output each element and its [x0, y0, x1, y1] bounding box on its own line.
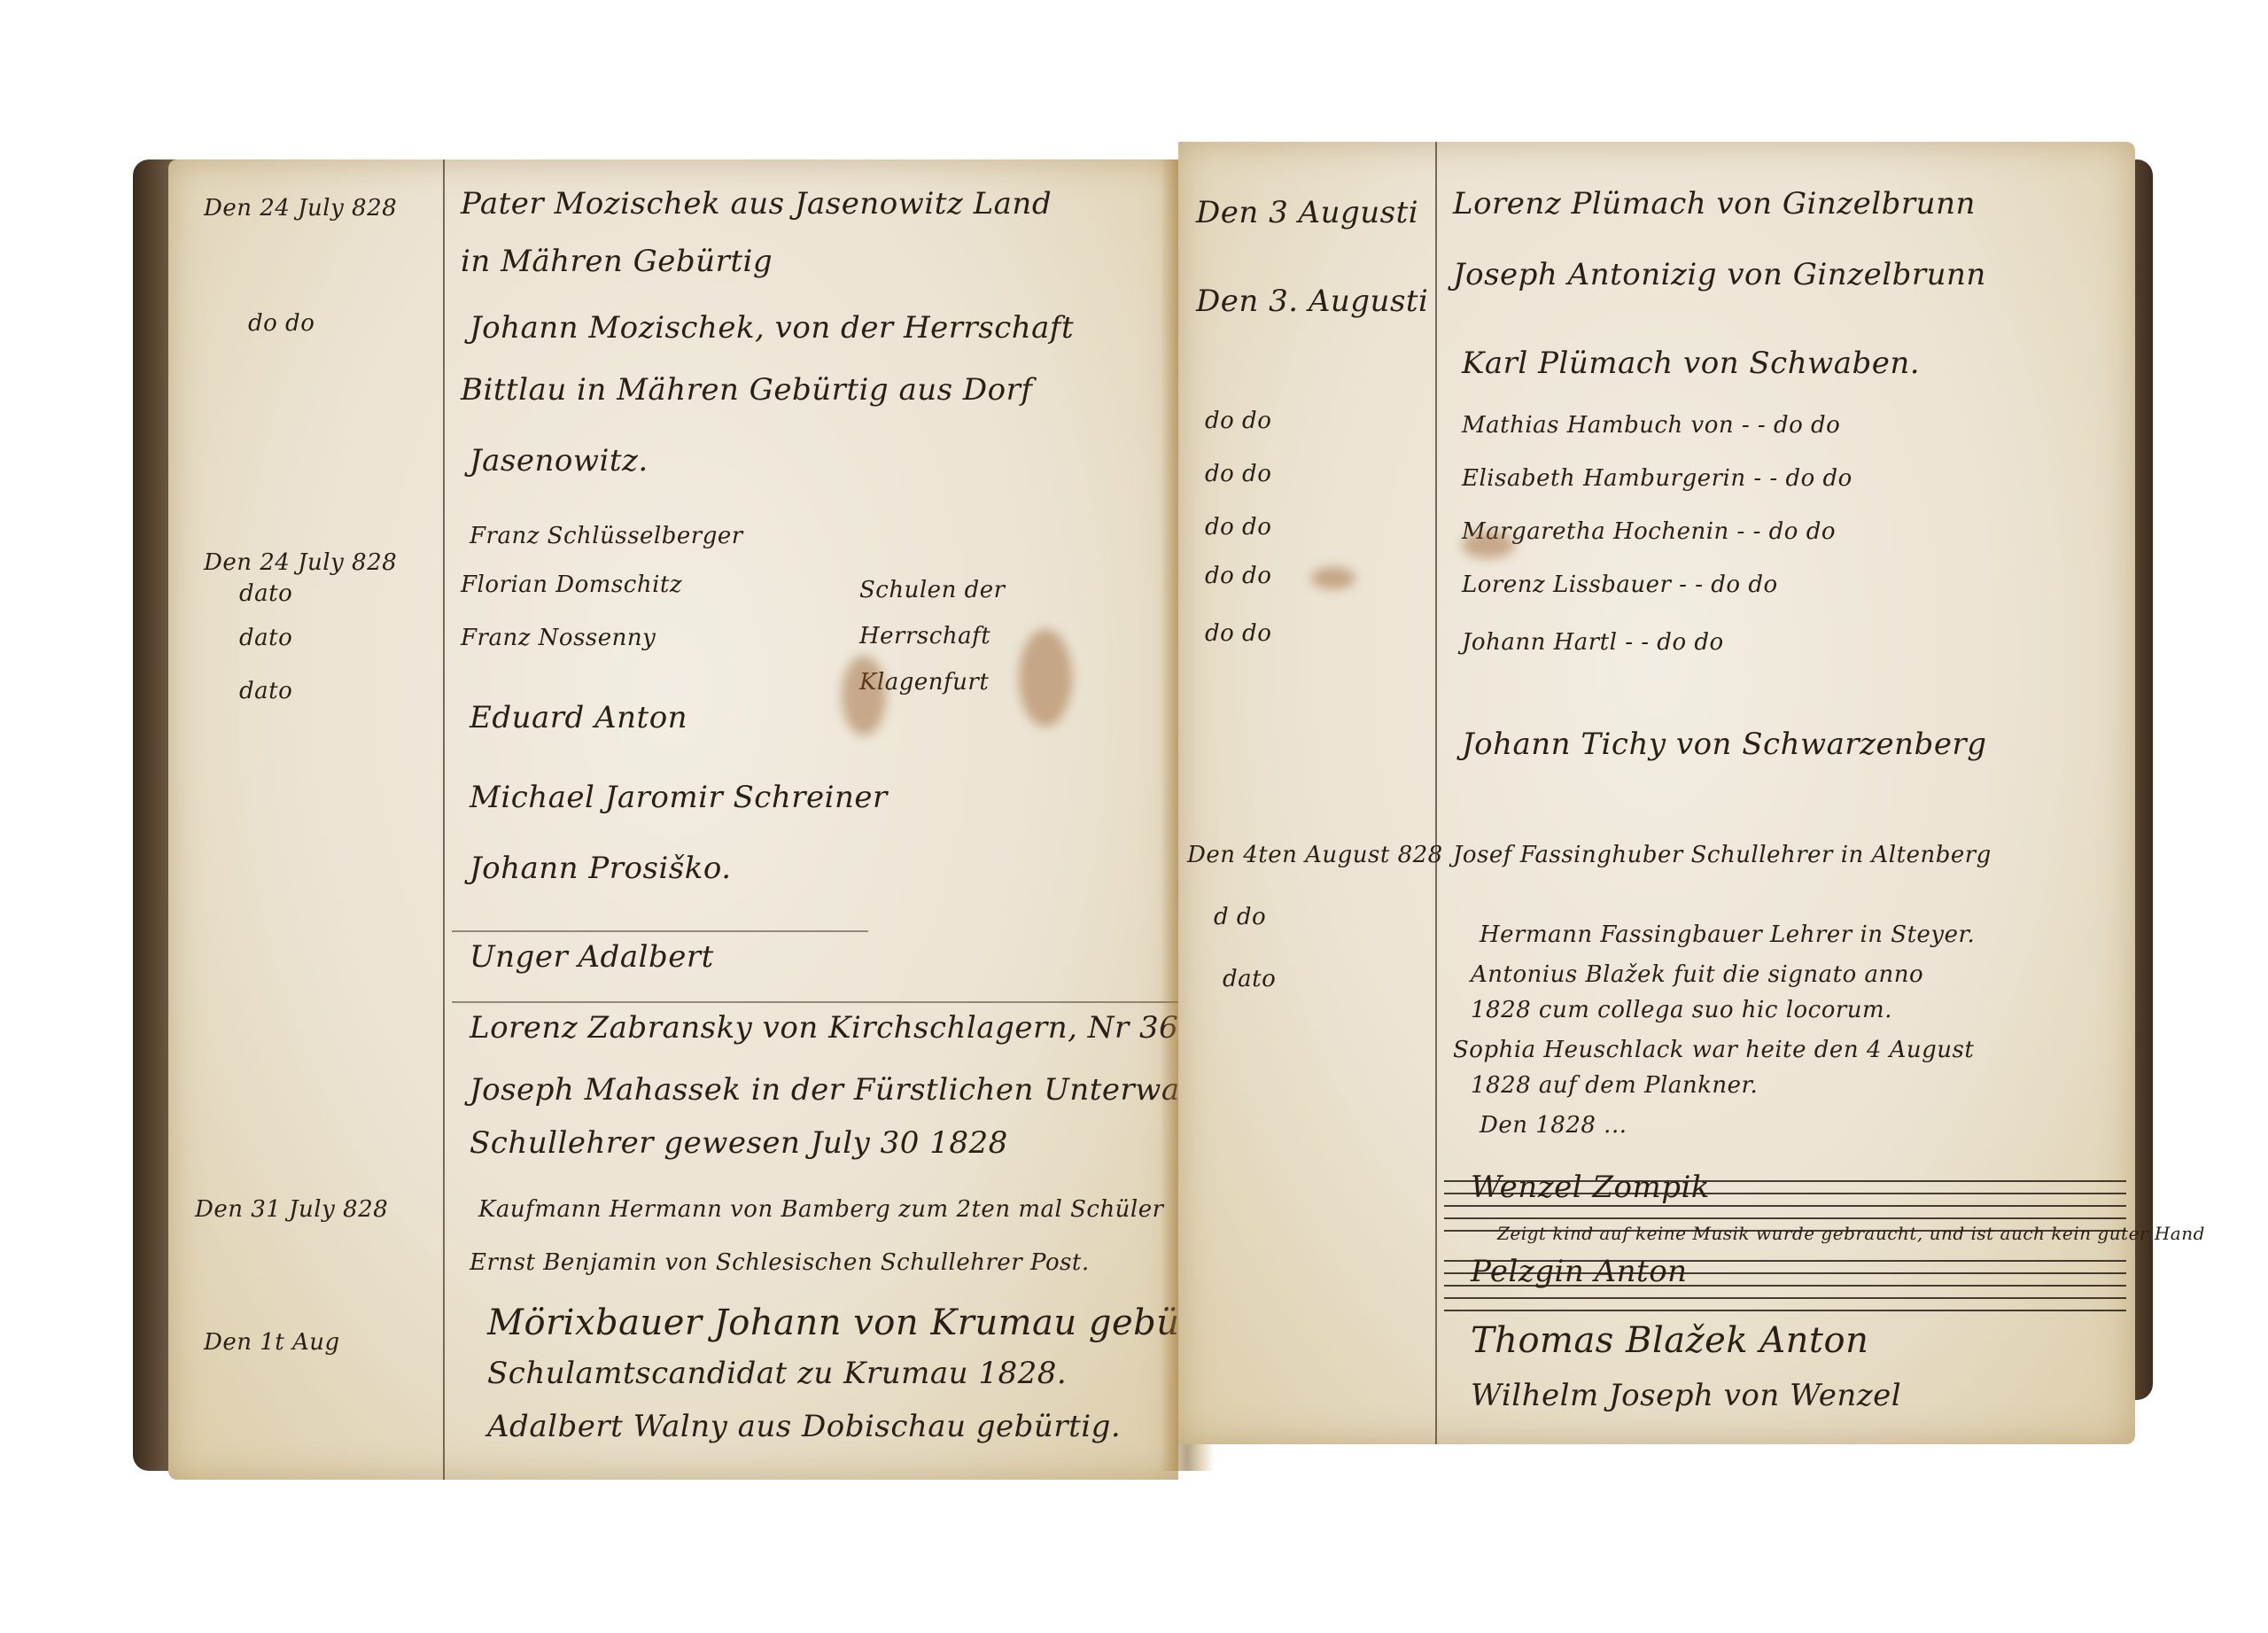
- entry-line: Wenzel Zompik: [1471, 1170, 1710, 1205]
- entry-line: Michael Jaromir Schreiner: [470, 780, 888, 815]
- entry-line: Mörixbauer Johann von Krumau gebürtig: [487, 1303, 1247, 1343]
- date-entry: Den 1t Aug: [204, 1329, 340, 1356]
- section-rule: [452, 930, 868, 932]
- entry-line: Florian Domschitz: [461, 572, 682, 598]
- date-entry: Den 24 July 828: [204, 195, 397, 222]
- entry-line: Schulen der Herrschaft Klagenfurt: [859, 567, 1037, 705]
- right-page: Den 3 Augusti Den 3. Augusti do do do do…: [1178, 142, 2135, 1444]
- entry-line: Schulamtscandidat zu Krumau 1828.: [487, 1356, 1067, 1391]
- entry-line: Pelzgin Anton: [1471, 1254, 1688, 1289]
- entry-line: Johann Tichy von Schwarzenberg: [1462, 727, 1986, 762]
- open-register-book: Den 24 July 828 do do Den 24 July 828 da…: [133, 133, 2153, 1489]
- entry-line: Bittlau in Mähren Gebürtig aus Dorf: [461, 372, 1032, 408]
- entry-line: 1828 auf dem Plankner.: [1471, 1072, 1758, 1099]
- entry-line: Elisabeth Hamburgerin - - do do: [1462, 465, 1852, 492]
- entry-line: Zeigt kind auf keine Musik wurde gebrauc…: [1497, 1223, 2205, 1244]
- ink-stain: [1311, 567, 1355, 589]
- date-entry: do do: [1205, 563, 1271, 589]
- ink-stain: [1019, 629, 1072, 727]
- left-page: Den 24 July 828 do do Den 24 July 828 da…: [168, 159, 1178, 1480]
- date-entry: do do: [248, 310, 315, 337]
- date-entry: Den 24 July 828: [204, 549, 397, 576]
- entry-line: Franz Nossenny: [461, 625, 656, 651]
- section-rule: [452, 1001, 1178, 1003]
- entry-line: in Mähren Gebürtig: [461, 244, 773, 279]
- entry-line: Mathias Hambuch von - - do do: [1462, 412, 1840, 439]
- entry-line: Wilhelm Joseph von Wenzel: [1471, 1378, 1901, 1413]
- date-entry: Den 3 Augusti: [1196, 195, 1418, 230]
- entry-line: Margaretha Hochenin - - do do: [1462, 518, 1836, 545]
- date-entry: dato: [1223, 966, 1276, 992]
- date-entry: Den 31 July 828: [195, 1196, 388, 1223]
- margin-rule: [443, 159, 445, 1480]
- date-entry: Den 4ten August 828: [1187, 842, 1443, 868]
- entry-line: Eduard Anton: [470, 700, 687, 735]
- date-entry: do do: [1205, 408, 1271, 434]
- date-entry: Den 3. Augusti: [1196, 284, 1428, 319]
- entry-line: Den 1828 ...: [1480, 1112, 1627, 1139]
- margin-rule: [1435, 142, 1437, 1444]
- date-entry: do do: [1205, 620, 1271, 647]
- entry-line: Joseph Antonizig von Ginzelbrunn: [1453, 257, 1986, 292]
- entry-line: 1828 cum collega suo hic locorum.: [1471, 997, 1892, 1023]
- date-entry: d do: [1214, 904, 1266, 930]
- date-entry: dato: [239, 625, 292, 651]
- entry-line: Josef Fassinghuber Schullehrer in Altenb…: [1453, 842, 1992, 868]
- entry-line: Ernst Benjamin von Schlesischen Schulleh…: [470, 1249, 1090, 1276]
- entry-line: Hermann Fassingbauer Lehrer in Steyer.: [1480, 921, 1975, 948]
- date-entry: do do: [1205, 461, 1271, 487]
- entry-line: Franz Schlüsselberger: [470, 523, 743, 549]
- entry-line: Adalbert Walny aus Dobischau gebürtig.: [487, 1409, 1121, 1444]
- ink-stain: [842, 656, 886, 735]
- entry-line: Pater Mozischek aus Jasenowitz Land: [461, 186, 1052, 222]
- entry-line: Lorenz Zabransky von Kirchschlagern, Nr …: [470, 1010, 1277, 1046]
- entry-line: Sophia Heuschlack war heite den 4 August: [1453, 1037, 1974, 1063]
- entry-line: Jasenowitz.: [470, 443, 649, 478]
- entry-line: Lorenz Lissbauer - - do do: [1462, 572, 1778, 598]
- entry-line: Kaufmann Hermann von Bamberg zum 2ten ma…: [478, 1196, 1164, 1223]
- entry-line: Johann Mozischek, von der Herrschaft: [470, 310, 1074, 346]
- entry-line: Joseph Mahassek in der Fürstlichen Unter…: [470, 1072, 1255, 1108]
- date-entry: do do: [1205, 514, 1271, 540]
- entry-line: Johann Prosiško.: [470, 851, 732, 886]
- entry-line: Karl Plümach von Schwaben.: [1462, 346, 1920, 381]
- entry-line: Johann Hartl - - do do: [1462, 629, 1724, 656]
- date-entry: dato: [239, 580, 292, 607]
- date-entry: dato: [239, 678, 292, 704]
- entry-line: Antonius Blažek fuit die signato anno: [1471, 961, 1923, 988]
- entry-line: Thomas Blažek Anton: [1471, 1320, 1868, 1361]
- entry-line: Unger Adalbert: [470, 939, 714, 975]
- ink-stain: [1462, 532, 1515, 558]
- entry-line: Lorenz Plümach von Ginzelbrunn: [1453, 186, 1976, 222]
- entry-line: Schullehrer gewesen July 30 1828: [470, 1125, 1008, 1161]
